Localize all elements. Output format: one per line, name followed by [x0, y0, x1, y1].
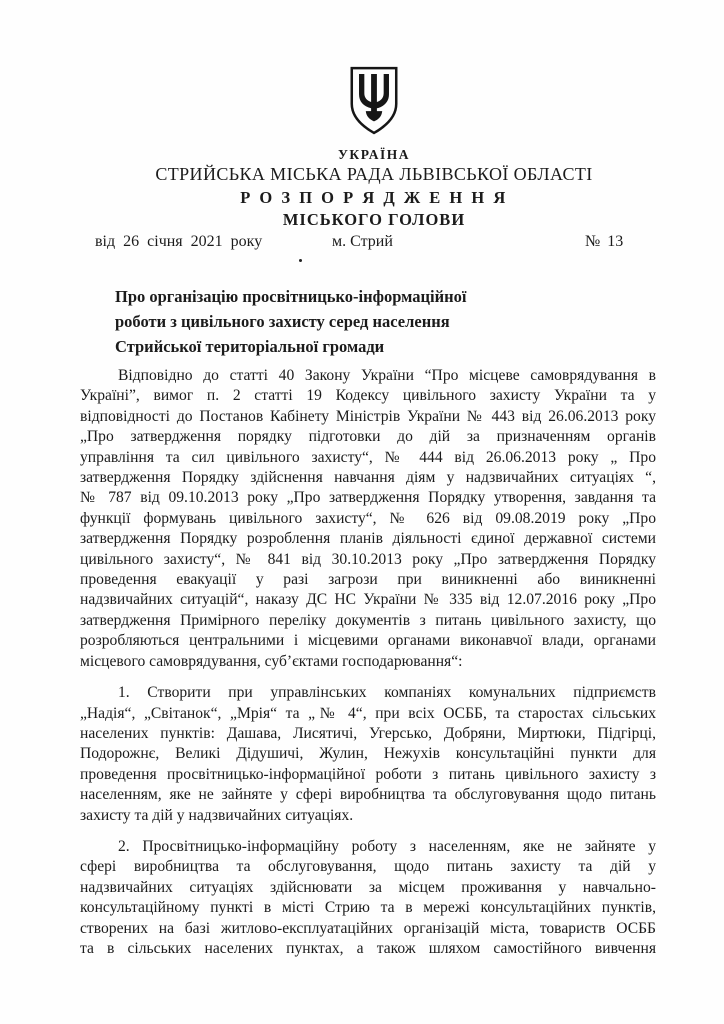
text-line: розробляються центральними і місцевими о… — [80, 631, 656, 651]
letterhead: УКРАЇНА СТРИЙСЬКА МІСЬКА РАДА ЛЬВІВСЬКОЇ… — [24, 0, 724, 230]
text-line: 1. Створити при управлінських компаніях … — [80, 683, 656, 703]
text-line: сфері виробництва та обслуговування, щод… — [80, 857, 656, 877]
document-body: Відповідно до статті 40 Закону України “… — [80, 366, 656, 970]
document-page: УКРАЇНА СТРИЙСЬКА МІСЬКА РАДА ЛЬВІВСЬКОЇ… — [0, 0, 724, 1024]
text-line: консультаційному пункті в місті Стрию та… — [80, 898, 656, 918]
text-line: створених на базі житлово-експлуатаційни… — [80, 919, 656, 939]
document-date: від 26 січня 2021 року — [95, 233, 262, 251]
text-line: надзвичайних ситуаціях здійснювати за мі… — [80, 878, 656, 898]
text-line: функції формувань цивільного захисту“, №… — [80, 509, 656, 529]
authority-name: СТРИЙСЬКА МІСЬКА РАДА ЛЬВІВСЬКОЇ ОБЛАСТІ — [24, 164, 724, 185]
text-line: населених пунктів: Дашава, Лисятичі, Уге… — [80, 724, 656, 744]
text-line: захисту та дій у надзвичайних ситуаціях. — [80, 806, 656, 826]
text-line: населенням, яке не зайняте у сфері вироб… — [80, 785, 656, 805]
title-line: роботи з цивільного захисту серед населе… — [115, 309, 535, 334]
meta-row: від 26 січня 2021 року м. Стрий № 13 — [0, 233, 724, 255]
text-line: 2. Просвітницько-інформаційну роботу з н… — [80, 837, 656, 857]
ukraine-tryzub-shield-icon — [345, 64, 403, 140]
text-line: Подорожнє, Великі Дідушичі, Жулин, Нежух… — [80, 744, 656, 764]
text-line: затвердження Порядку здійснення навчання… — [80, 468, 656, 488]
text-line: проведення евакуації у разі загрози при … — [80, 570, 656, 590]
text-line: затвердження Примірного переліку докумен… — [80, 611, 656, 631]
text-line: цивільного захисту“, № 841 від 30.10.201… — [80, 550, 656, 570]
country-label: УКРАЇНА — [24, 147, 724, 163]
text-line: місцевого самоврядування, суб’єктами гос… — [80, 652, 656, 672]
document-title: Про організацію просвітницько-інформацій… — [115, 284, 535, 359]
text-line: та в сільських населених пунктах, а тако… — [80, 939, 656, 959]
document-number: № 13 — [585, 233, 623, 251]
scan-dot-artifact — [299, 259, 302, 262]
paragraph: Відповідно до статті 40 Закону України “… — [80, 366, 656, 672]
text-line: Відповідно до статті 40 Закону України “… — [80, 366, 656, 386]
document-place: м. Стрий — [332, 233, 393, 251]
paragraph: 1. Створити при управлінських компаніях … — [80, 683, 656, 826]
text-line: управління та сил цивільного захисту“, №… — [80, 448, 656, 468]
text-line: відповідності до Постанов Кабінету Мініс… — [80, 407, 656, 427]
document-type: Р О З П О Р Я Д Ж Е Н Н Я — [24, 188, 724, 208]
text-line: затвердження Порядку розроблення планів … — [80, 529, 656, 549]
text-line: № 787 від 09.10.2013 року „Про затвердже… — [80, 488, 656, 508]
text-line: надзвичайних ситуацій“, наказу ДС НС Укр… — [80, 590, 656, 610]
title-line: Стрийської територіальної громади — [115, 334, 535, 359]
text-line: „Про затвердження порядку підготовки до … — [80, 427, 656, 447]
document-issuer: МІСЬКОГО ГОЛОВИ — [24, 210, 724, 230]
title-line: Про організацію просвітницько-інформацій… — [115, 284, 535, 309]
text-line: Україні”, вимог п. 2 статті 19 Кодексу ц… — [80, 386, 656, 406]
paragraph: 2. Просвітницько-інформаційну роботу з н… — [80, 837, 656, 959]
text-line: „Надія“, „Світанок“, „Мрія“ та „№ 4“, пр… — [80, 704, 656, 724]
text-line: проведення просвітницько-інформаційної р… — [80, 765, 656, 785]
